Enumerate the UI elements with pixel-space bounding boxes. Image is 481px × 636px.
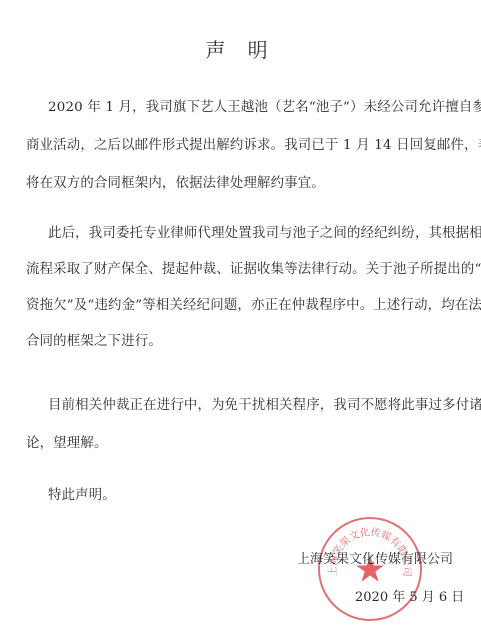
paragraph-2-line-1: 此后，我司委托专业律师代理处置我司与池子之间的经纪纠纷，其根据相关 xyxy=(48,222,481,241)
paragraph-1-line-3: 将在双方的合同框架内，依据法律处理解约事宜。 xyxy=(26,172,325,191)
signature-company: 上海笑果文化传媒有限公司 xyxy=(297,548,453,567)
paragraph-1-line-1: 2020 年 1 月，我司旗下艺人王越池（艺名“池子”）未经公司允许擅自参加 xyxy=(48,96,481,115)
paragraph-3-line-2: 论，望理解。 xyxy=(26,432,108,451)
paragraph-3-line-1: 目前相关仲裁正在进行中，为免干扰相关程序，我司不愿将此事过多付诸舆 xyxy=(48,394,481,413)
closing-statement: 特此声明。 xyxy=(48,484,116,503)
paragraph-1-line-2: 商业活动，之后以邮件形式提出解约诉求。我司已于 1 月 14 日回复邮件，表示 xyxy=(26,134,481,153)
company-seal: 上海笑果文化传媒有限公司 ★ xyxy=(318,517,422,621)
paragraph-2-line-2: 流程采取了财产保全、提起仲裁、证据收集等法律行动。关于池子所提出的“工 xyxy=(26,258,481,277)
paragraph-2-line-4: 合同的框架之下进行。 xyxy=(26,330,162,349)
paragraph-2-line-3: 资拖欠”及“违约金”等相关经纪问题，亦正在仲裁程序中。上述行动，均在法律及 xyxy=(26,294,481,313)
document-title: 声 明 xyxy=(0,34,481,63)
signature-date: 2020 年 5 月 6 日 xyxy=(355,586,464,605)
